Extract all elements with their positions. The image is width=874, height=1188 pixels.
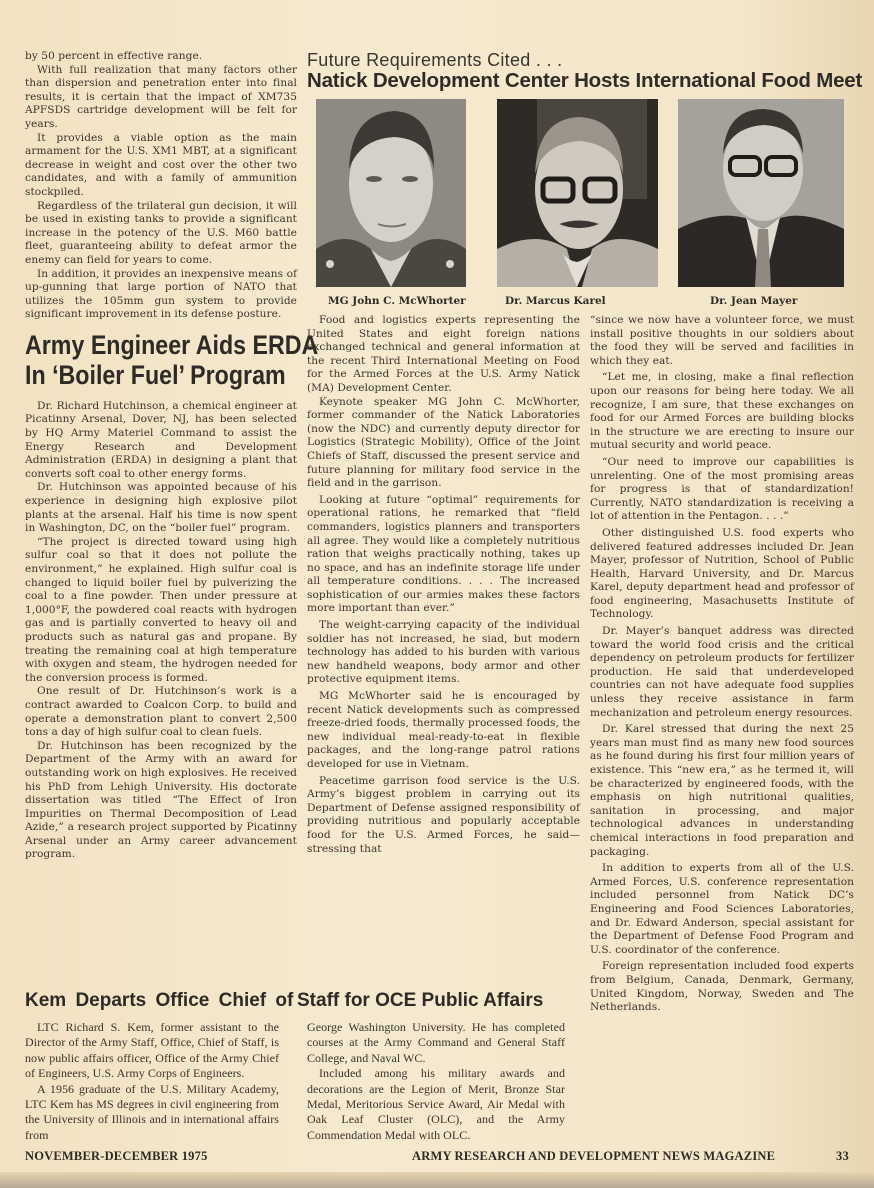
photo-mayer bbox=[678, 99, 844, 287]
paragraph: Dr. Richard Hutchinson, a chemical engin… bbox=[25, 400, 297, 482]
paragraph: In addition to experts from all of the U… bbox=[590, 862, 854, 957]
paragraph: LTC Richard S. Kem, former assistant to … bbox=[25, 1020, 279, 1082]
photo-karel bbox=[497, 99, 658, 287]
paragraph: Included among his military awards and d… bbox=[307, 1066, 565, 1143]
photo-mcwhorter bbox=[316, 99, 466, 287]
kem-column-1: LTC Richard S. Kem, former assistant to … bbox=[25, 1020, 279, 1143]
paragraph: George Washington University. He has com… bbox=[307, 1020, 565, 1066]
paragraph: The weight-carrying capacity of the indi… bbox=[307, 619, 580, 687]
kem-column-2: George Washington University. He has com… bbox=[307, 1020, 565, 1143]
photo-caption: Dr. Jean Mayer bbox=[710, 295, 797, 307]
kem-headline-part2: Staff for OCE Public Affairs bbox=[297, 990, 543, 1012]
issue-date: NOVEMBER-DECEMBER 1975 bbox=[25, 1149, 208, 1164]
paragraph: Dr. Hutchinson has been recognized by th… bbox=[25, 740, 297, 862]
magazine-page: by 50 percent in effective range. With f… bbox=[0, 0, 874, 1188]
page-edge bbox=[0, 1172, 874, 1188]
paragraph: With full realization that many factors … bbox=[25, 64, 297, 132]
paragraph: Food and logistics experts representing … bbox=[307, 314, 580, 396]
erda-headline: Army Engineer Aids ERDA In ‘Boiler Fuel’… bbox=[25, 330, 259, 390]
paragraph: Dr. Hutchinson was appointed because of … bbox=[25, 481, 297, 535]
kem-headline-part1: Kem Departs Office Chief of bbox=[25, 990, 293, 1012]
erda-headline-line2: In ‘Boiler Fuel’ Program bbox=[25, 360, 259, 390]
paragraph: Keynote speaker MG John C. McWhorter, fo… bbox=[307, 396, 580, 491]
portrait-image bbox=[316, 99, 466, 287]
article-headline: Natick Development Center Hosts Internat… bbox=[307, 69, 862, 93]
paragraph: “Let me, in closing, make a final reflec… bbox=[590, 371, 854, 453]
paragraph: “since we now have a volunteer force, we… bbox=[590, 314, 854, 368]
portrait-image bbox=[678, 99, 844, 287]
paragraph: “Our need to improve our capabilities is… bbox=[590, 456, 854, 524]
right-column: “since we now have a volunteer force, we… bbox=[590, 314, 854, 1015]
page-number: 33 bbox=[836, 1149, 849, 1164]
paragraph: MG McWhorter said he is encouraged by re… bbox=[307, 690, 580, 772]
photo-caption: MG John C. McWhorter bbox=[328, 295, 466, 307]
publication-name: ARMY RESEARCH AND DEVELOPMENT NEWS MAGAZ… bbox=[412, 1149, 775, 1164]
paragraph: by 50 percent in effective range. bbox=[25, 50, 297, 64]
paragraph: Regardless of the trilateral gun decisio… bbox=[25, 200, 297, 268]
article-kicker: Future Requirements Cited . . . bbox=[307, 50, 562, 71]
paragraph: “The project is directed toward using hi… bbox=[25, 536, 297, 686]
paragraph: Other distinguished U.S. food experts wh… bbox=[590, 527, 854, 622]
portrait-image bbox=[497, 99, 658, 287]
paragraph: In addition, it provides an inexpensive … bbox=[25, 268, 297, 322]
middle-column: Food and logistics experts representing … bbox=[307, 314, 580, 856]
left-column: by 50 percent in effective range. With f… bbox=[25, 50, 297, 862]
paragraph: A 1956 graduate of the U.S. Military Aca… bbox=[25, 1082, 279, 1144]
paragraph: One result of Dr. Hutchinson’s work is a… bbox=[25, 685, 297, 739]
photo-caption: Dr. Marcus Karel bbox=[505, 295, 606, 307]
paragraph: Foreign representation included food exp… bbox=[590, 960, 854, 1014]
erda-headline-line1: Army Engineer Aids ERDA bbox=[25, 330, 259, 360]
paragraph: It provides a viable option as the main … bbox=[25, 132, 297, 200]
paragraph: Dr. Mayer’s banquet address was directed… bbox=[590, 625, 854, 720]
paragraph: Looking at future “optimal” requirements… bbox=[307, 494, 580, 616]
paragraph: Dr. Karel stressed that during the next … bbox=[590, 723, 854, 859]
paragraph: Peacetime garrison food service is the U… bbox=[307, 775, 580, 857]
